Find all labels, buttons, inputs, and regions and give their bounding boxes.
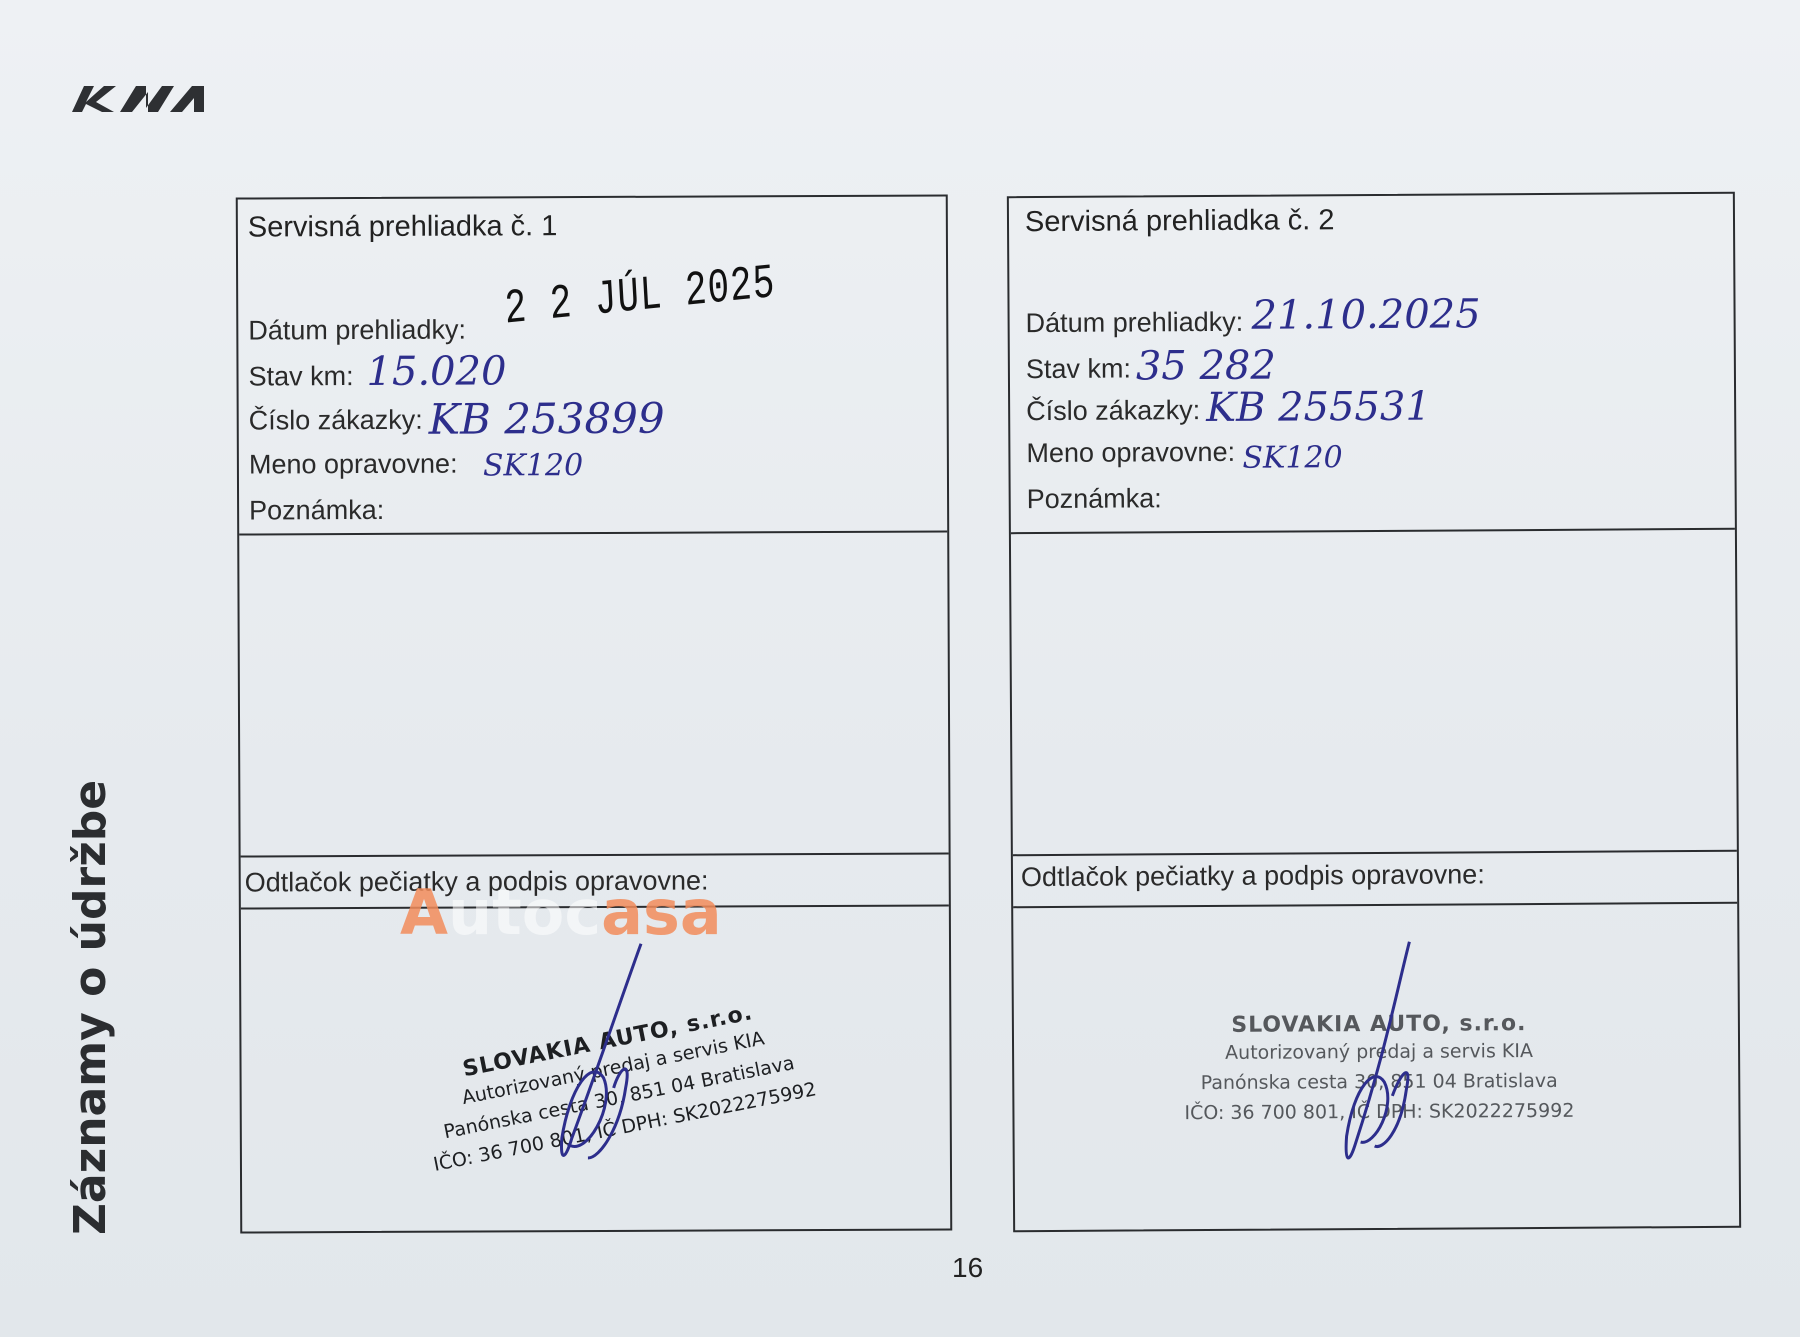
divider — [239, 530, 947, 535]
card-title: Servisná prehliadka č. 2 — [1025, 204, 1335, 239]
card-title: Servisná prehliadka č. 1 — [248, 210, 558, 244]
order-label: Číslo zákazky: — [249, 405, 423, 437]
order-label: Číslo zákazky: — [1026, 395, 1200, 427]
shop-label: Meno opravovne: — [1026, 437, 1235, 469]
date-value: 21.10.2025 — [1251, 291, 1480, 338]
km-label: Stav km: — [1026, 353, 1131, 385]
signature-icon — [491, 938, 692, 1179]
date-label: Dátum prehliadky: — [1026, 307, 1244, 339]
watermark: Autocasa — [400, 876, 722, 949]
service-card-1: Servisná prehliadka č. 1 Dátum prehliadk… — [236, 194, 953, 1233]
km-label: Stav km: — [248, 361, 353, 392]
divider — [1011, 528, 1735, 534]
divider — [1013, 850, 1737, 856]
page-number: 16 — [952, 1252, 983, 1284]
note-label: Poznámka: — [1027, 483, 1162, 515]
note-label: Poznámka: — [249, 495, 384, 527]
order-value: KB 255531 — [1206, 384, 1431, 431]
watermark-mark: A — [400, 876, 448, 949]
signature-icon — [1273, 935, 1474, 1176]
divider — [241, 852, 949, 857]
kia-logo-icon — [70, 80, 210, 116]
stamp-label: Odtlačok pečiatky a podpis opravovne: — [1021, 859, 1485, 893]
shop-label: Meno opravovne: — [249, 449, 458, 481]
km-value: 35 282 — [1136, 343, 1276, 390]
watermark-text: utoc — [448, 876, 601, 949]
service-card-2: Servisná prehliadka č. 2 Dátum prehliadk… — [1007, 192, 1741, 1232]
km-value: 15.020 — [366, 348, 506, 395]
divider — [1013, 902, 1737, 908]
date-value: 2 2 JÚL 2025 — [503, 255, 777, 337]
manual-page: Záznamy o údržbe Servisná prehliadka č. … — [0, 0, 1800, 1337]
section-title-vertical: Záznamy o údržbe — [65, 780, 116, 1235]
shop-value: SK120 — [483, 448, 583, 483]
shop-value: SK120 — [1242, 440, 1342, 476]
order-value: KB 253899 — [429, 394, 665, 444]
date-label: Dátum prehliadky: — [248, 315, 466, 347]
watermark-accent: asa — [601, 876, 722, 949]
